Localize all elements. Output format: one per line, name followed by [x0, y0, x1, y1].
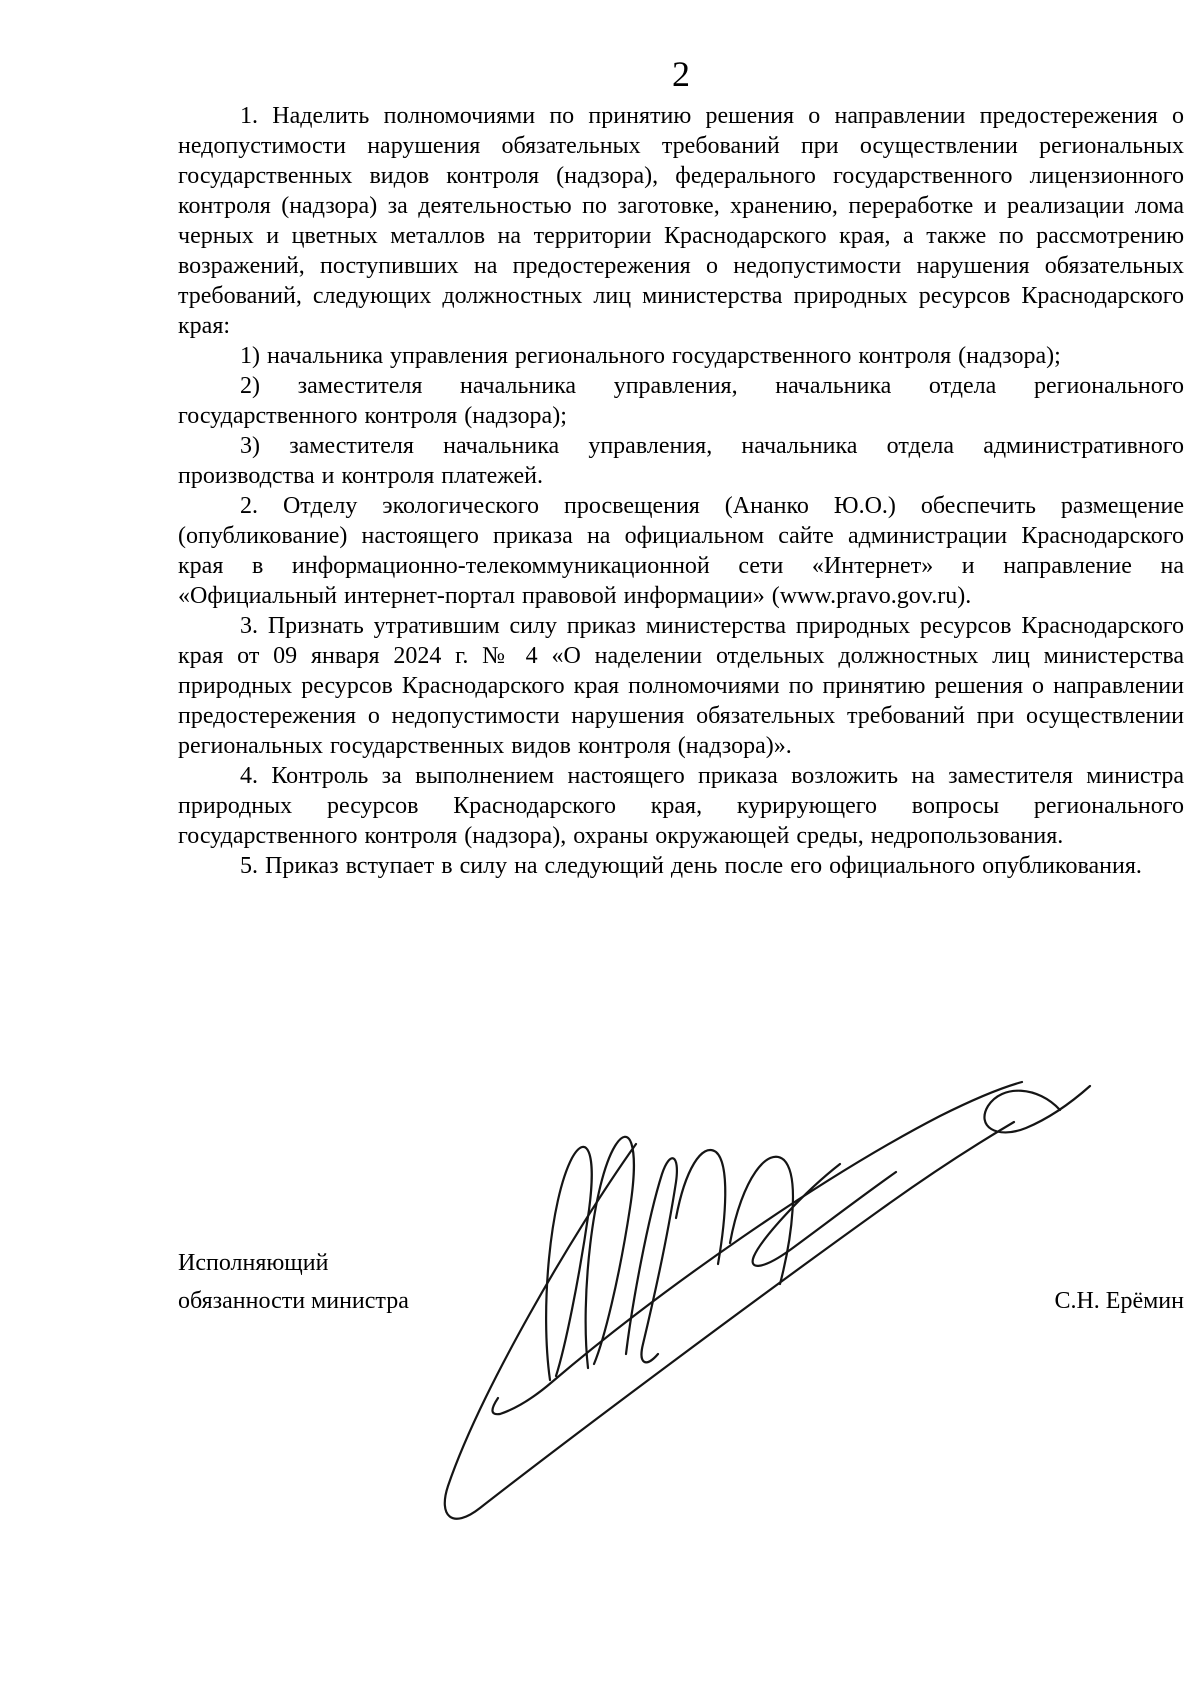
- signer-position-line: обязанности министра: [178, 1282, 409, 1320]
- paragraph-item-2: 2. Отделу экологического просвещения (Ан…: [178, 491, 1184, 611]
- signer-name: С.Н. Ерёмин: [1054, 1282, 1184, 1320]
- paragraph-item-1-sub-2: 2) заместителя начальника управления, на…: [178, 371, 1184, 431]
- signature-stroke: [445, 1122, 1014, 1519]
- paragraph-item-1: 1. Наделить полномочиями по принятию реш…: [178, 101, 1184, 341]
- document-page: 2 1. Наделить полномочиями по принятию р…: [0, 0, 1200, 1696]
- signer-position: Исполняющий обязанности министра: [178, 1244, 409, 1320]
- signature-stroke: [984, 1086, 1090, 1132]
- document-body: 1. Наделить полномочиями по принятию реш…: [178, 101, 1184, 881]
- paragraph-item-3: 3. Признать утратившим силу приказ минис…: [178, 611, 1184, 761]
- paragraph-item-1-sub-3: 3) заместителя начальника управления, на…: [178, 431, 1184, 491]
- signer-position-line: Исполняющий: [178, 1244, 409, 1282]
- paragraph-item-5: 5. Приказ вступает в силу на следующий д…: [178, 851, 1184, 881]
- signoff-block: Исполняющий обязанности министра С.Н. Ер…: [178, 1244, 1184, 1320]
- paragraph-item-1-sub-1: 1) начальника управления регионального г…: [178, 341, 1184, 371]
- page-number: 2: [178, 54, 1184, 94]
- paragraph-item-4: 4. Контроль за выполнением настоящего пр…: [178, 761, 1184, 851]
